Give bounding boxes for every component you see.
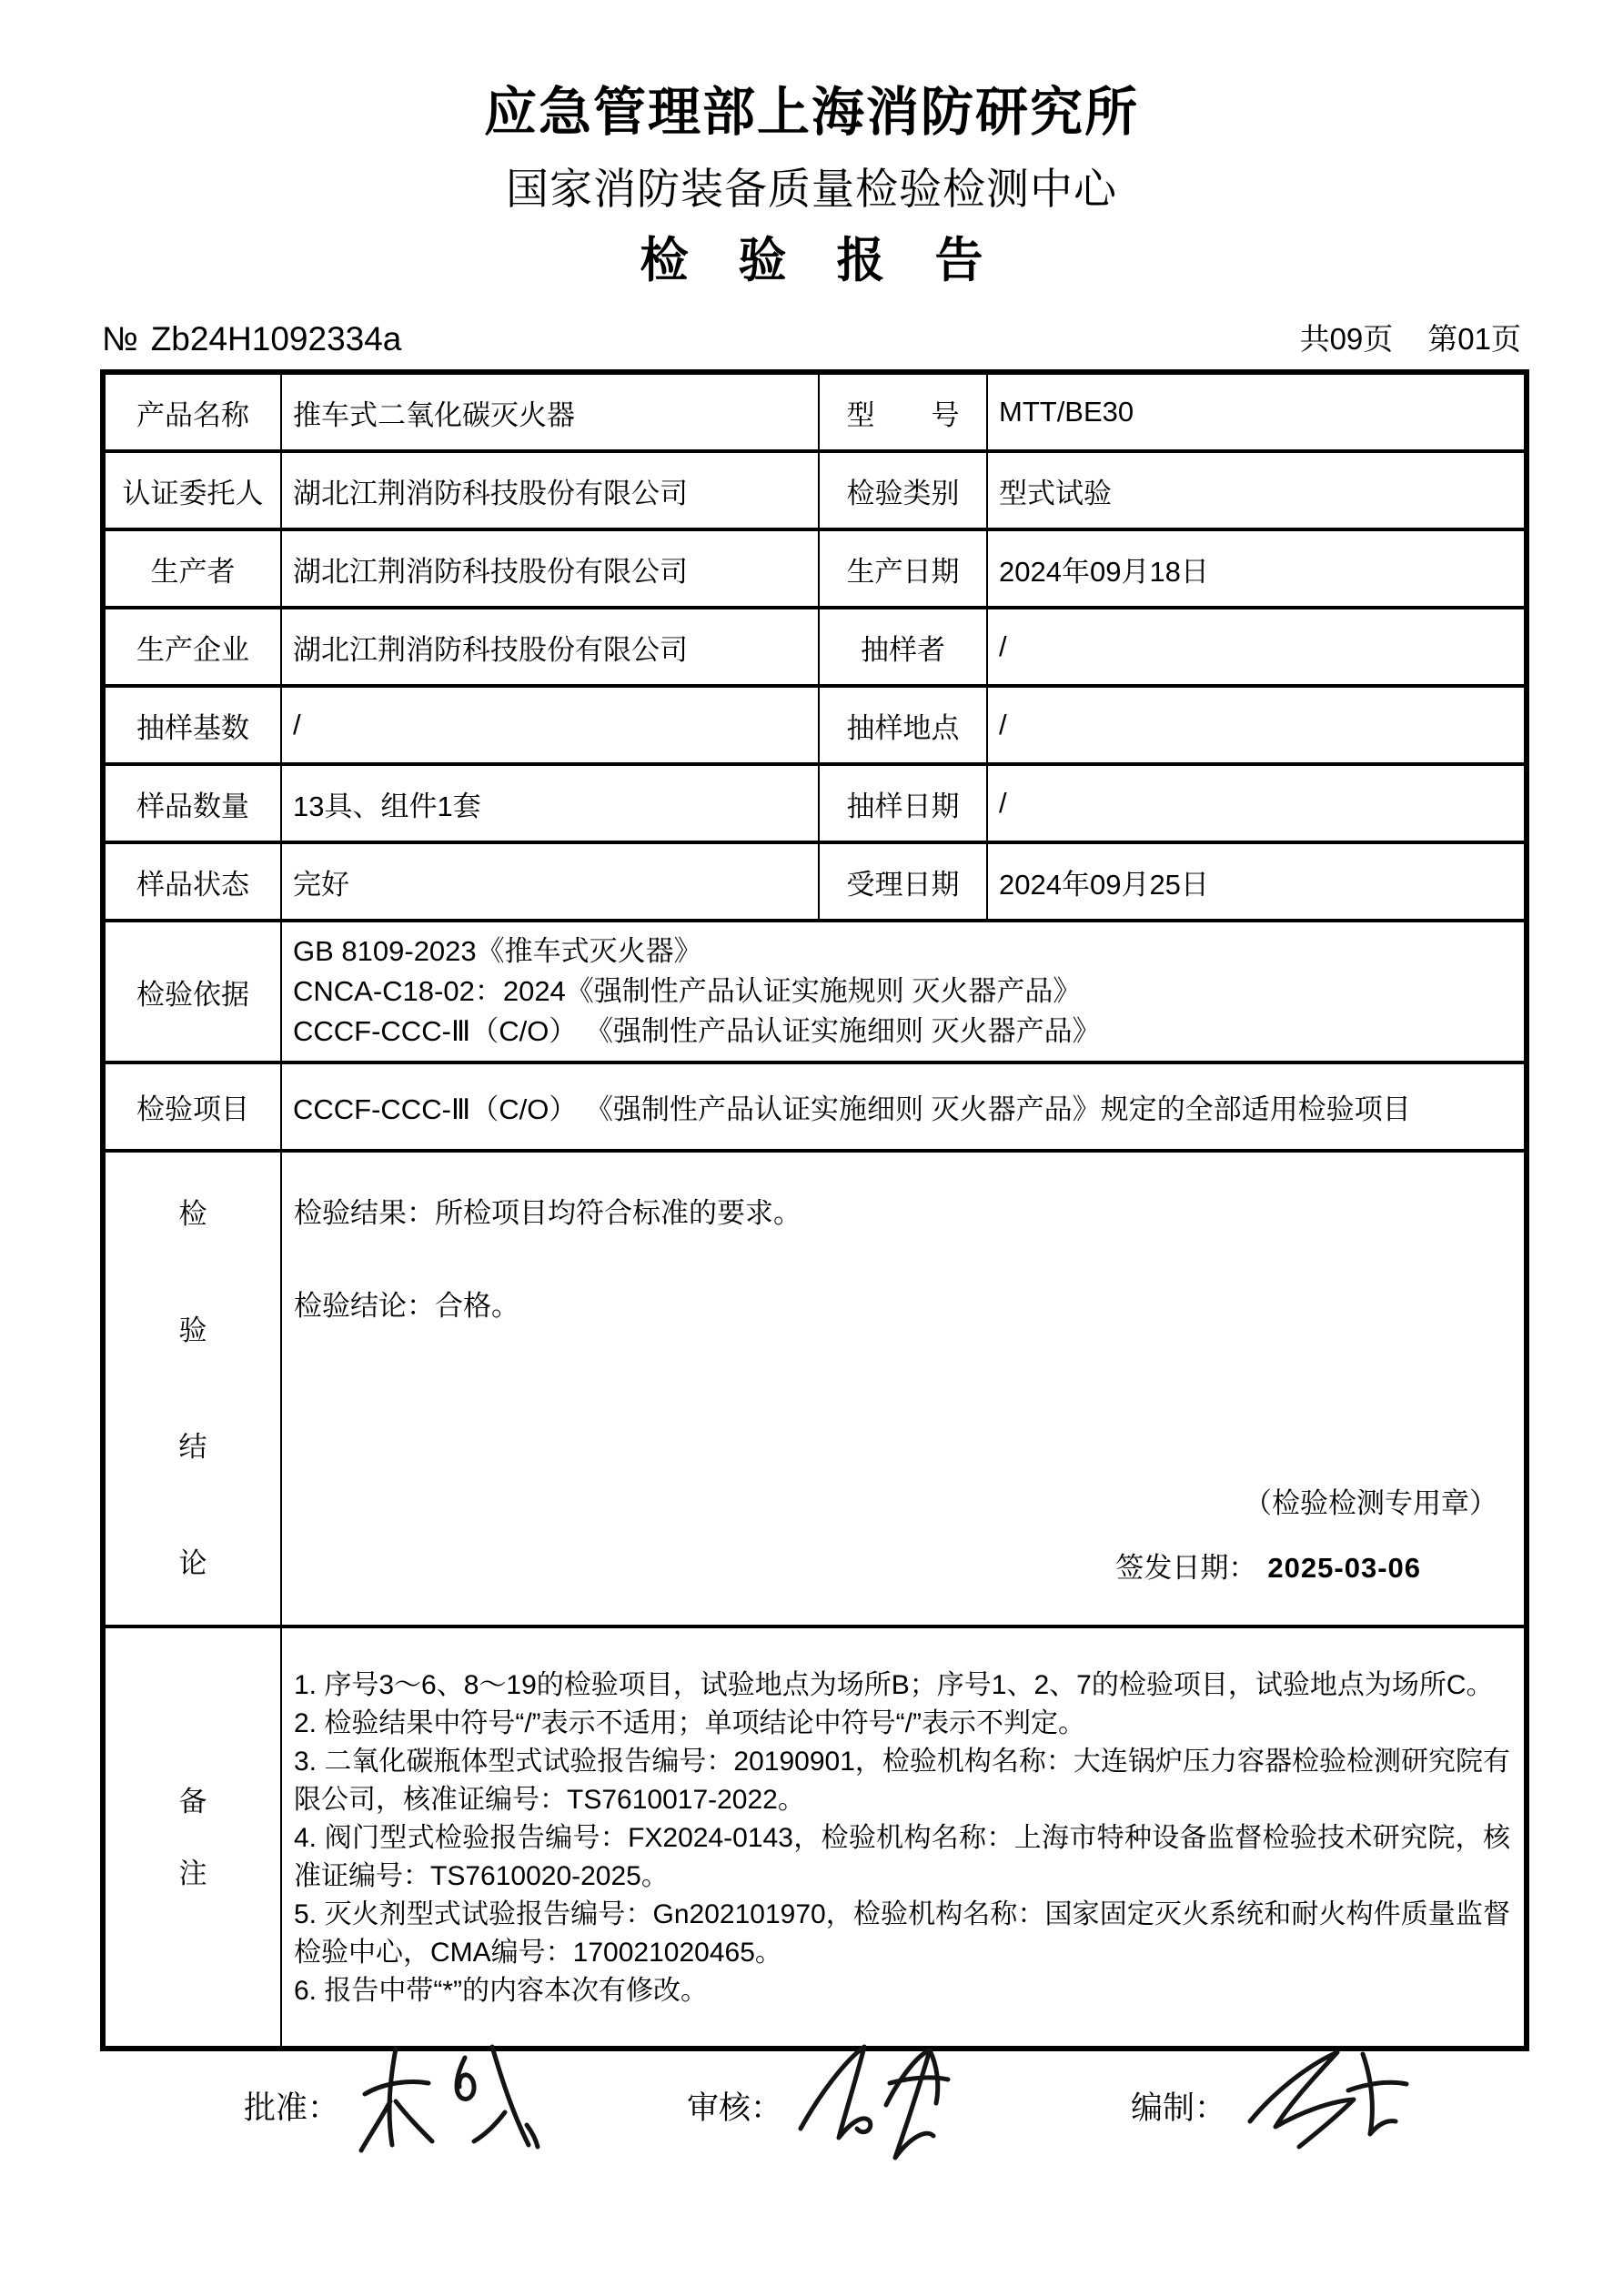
- field-value-sampler: /: [987, 608, 1527, 686]
- basis-line: GB 8109-2023《推车式灭火器》: [293, 931, 1515, 972]
- remarks-label-char: 备: [179, 1787, 207, 1817]
- field-value-sampling-place: /: [987, 686, 1527, 764]
- field-label-production-date: 生产日期: [819, 529, 987, 608]
- remarks-cell: 1. 序号3～6、8～19的检验项目，试验地点为场所B；序号1、2、7的检验项目…: [281, 1626, 1527, 2049]
- table-row: 样品状态 完好 受理日期 2024年09月25日: [103, 842, 1527, 921]
- conclusion-row: 检 验 结 论 检验结果：所检项目均符合标准的要求。 检验结论：合格。 （检验检…: [103, 1151, 1527, 1626]
- issue-date-line: 签发日期：2025-03-06: [1115, 1545, 1523, 1586]
- table-row: 样品数量 13具、组件1套 抽样日期 /: [103, 764, 1527, 842]
- current-page: 第01页: [1427, 322, 1521, 356]
- field-label-acceptance-date: 受理日期: [819, 842, 987, 921]
- stamp-note: （检验检测专用章）: [1244, 1480, 1523, 1521]
- prepare-label: 编制：: [1131, 2090, 1226, 2127]
- approve-signature: [348, 2038, 558, 2183]
- table-row: 生产企业 湖北江荆消防科技股份有限公司 抽样者 /: [103, 608, 1527, 686]
- conclusion-vertical-label: 检 验 结 论: [103, 1151, 281, 1626]
- approve-signature-group: 批准：: [244, 2090, 558, 2236]
- report-number-value: Zb24H1092334a: [151, 320, 402, 357]
- organization-name: 应急管理部上海消防研究所: [0, 80, 1623, 146]
- review-label: 审核：: [687, 2090, 782, 2127]
- inspection-conclusion-line: 检验结论：合格。: [294, 1290, 1523, 1323]
- page-indicator: 共09页第01页: [1300, 316, 1521, 358]
- prepare-signature-group: 编制：: [1131, 2090, 1436, 2227]
- basis-line: CCCF-CCC-Ⅲ（C/O） 《强制性产品认证实施细则 灭火器产品》: [293, 1012, 1515, 1052]
- field-value-applicant: 湖北江荆消防科技股份有限公司: [281, 451, 819, 529]
- conclusion-label-char: 验: [179, 1315, 207, 1345]
- field-label-sampling-base: 抽样基数: [103, 686, 281, 764]
- table-row: 认证委托人 湖北江荆消防科技股份有限公司 检验类别 型式试验: [103, 451, 1527, 529]
- inspection-items-cell: CCCF-CCC-Ⅲ（C/O） 《强制性产品认证实施细则 灭火器产品》规定的全部…: [281, 1062, 1527, 1151]
- field-value-sampling-base: /: [281, 686, 819, 764]
- total-pages: 共09页: [1300, 322, 1394, 356]
- field-label-sampler: 抽样者: [819, 608, 987, 686]
- table-row: 产品名称 推车式二氧化碳灭火器 型 号 MTT/BE30: [103, 372, 1527, 451]
- remark-note: 4. 阀门型式检验报告编号：FX2024-0143，检验机构名称：上海市特种设备…: [294, 1819, 1510, 1896]
- field-label-inspection-type: 检验类别: [819, 451, 987, 529]
- inspection-result-line: 检验结果：所检项目均符合标准的要求。: [294, 1197, 1523, 1230]
- remarks-content: 1. 序号3～6、8～19的检验项目，试验地点为场所B；序号1、2、7的检验项目…: [283, 1656, 1523, 2019]
- prepare-signature: [1235, 2038, 1436, 2174]
- remark-note: 6. 报告中带“*”的内容本次有修改。: [294, 1972, 1510, 2010]
- field-label-product-name: 产品名称: [103, 372, 281, 451]
- field-value-product-name: 推车式二氧化碳灭火器: [281, 372, 819, 451]
- remark-note: 5. 灭火剂型式试验报告编号：Gn202101970，检验机构名称：国家固定灭火…: [294, 1896, 1510, 1972]
- field-label-model: 型 号: [819, 372, 987, 451]
- field-value-sampling-date: /: [987, 764, 1527, 842]
- conclusion-cell: 检验结果：所检项目均符合标准的要求。 检验结论：合格。 （检验检测专用章） 签发…: [281, 1151, 1527, 1626]
- remarks-label-stack: 备 注: [106, 1787, 279, 1888]
- field-label-manufacturer: 生产企业: [103, 608, 281, 686]
- field-value-acceptance-date: 2024年09月25日: [987, 842, 1527, 921]
- field-label-sampling-date: 抽样日期: [819, 764, 987, 842]
- review-signature: [791, 2038, 1001, 2192]
- table-row: 抽样基数 / 抽样地点 /: [103, 686, 1527, 764]
- remarks-row: 备 注 1. 序号3～6、8～19的检验项目，试验地点为场所B；序号1、2、7的…: [103, 1626, 1527, 2049]
- field-value-producer: 湖北江荆消防科技股份有限公司: [281, 529, 819, 608]
- numero-symbol: №: [102, 320, 138, 357]
- conclusion-label-char: 论: [179, 1548, 207, 1578]
- conclusion-content: 检验结果：所检项目均符合标准的要求。 检验结论：合格。 （检验检测专用章） 签发…: [283, 1153, 1523, 1624]
- inspection-basis-cell: GB 8109-2023《推车式灭火器》 CNCA-C18-02：2024《强制…: [281, 921, 1527, 1062]
- issue-date-label: 签发日期：: [1115, 1552, 1256, 1584]
- report-table: 产品名称 推车式二氧化碳灭火器 型 号 MTT/BE30 认证委托人 湖北江荆消…: [100, 369, 1529, 2051]
- report-number: №Zb24H1092334a: [102, 320, 401, 358]
- field-label-applicant: 认证委托人: [103, 451, 281, 529]
- field-label-inspection-basis: 检验依据: [103, 921, 281, 1062]
- remark-note: 1. 序号3～6、8～19的检验项目，试验地点为场所B；序号1、2、7的检验项目…: [294, 1667, 1510, 1705]
- basis-line: CNCA-C18-02：2024《强制性产品认证实施规则 灭火器产品》: [293, 972, 1515, 1012]
- issue-date-value: 2025-03-06: [1267, 1552, 1421, 1584]
- field-value-manufacturer: 湖北江荆消防科技股份有限公司: [281, 608, 819, 686]
- conclusion-label-char: 结: [179, 1432, 207, 1462]
- field-label-sample-quantity: 样品数量: [103, 764, 281, 842]
- center-name: 国家消防装备质量检验检测中心: [0, 162, 1623, 217]
- remark-note: 2. 检验结果中符号“/”表示不适用；单项结论中符号“/”表示不判定。: [294, 1705, 1510, 1743]
- review-signature-group: 审核：: [687, 2090, 1001, 2245]
- report-header: 应急管理部上海消防研究所 国家消防装备质量检验检测中心 检 验 报 告 №Zb2…: [0, 0, 1623, 358]
- field-value-inspection-type: 型式试验: [987, 451, 1527, 529]
- field-value-model: MTT/BE30: [987, 372, 1527, 451]
- inspection-report-page: 应急管理部上海消防研究所 国家消防装备质量检验检测中心 检 验 报 告 №Zb2…: [0, 0, 1623, 2296]
- field-label-producer: 生产者: [103, 529, 281, 608]
- table-row: 生产者 湖北江荆消防科技股份有限公司 生产日期 2024年09月18日: [103, 529, 1527, 608]
- inspection-items-row: 检验项目 CCCF-CCC-Ⅲ（C/O） 《强制性产品认证实施细则 灭火器产品》…: [103, 1062, 1527, 1151]
- remarks-label-char: 注: [179, 1858, 207, 1888]
- field-label-sampling-place: 抽样地点: [819, 686, 987, 764]
- field-value-production-date: 2024年09月18日: [987, 529, 1527, 608]
- remarks-vertical-label: 备 注: [103, 1626, 281, 2049]
- inspection-basis-row: 检验依据 GB 8109-2023《推车式灭火器》 CNCA-C18-02：20…: [103, 921, 1527, 1062]
- field-value-sample-quantity: 13具、组件1套: [281, 764, 819, 842]
- conclusion-spacer: [294, 1323, 1523, 1480]
- conclusion-label-stack: 检 验 结 论: [106, 1199, 279, 1578]
- remark-note: 3. 二氧化碳瓶体型式试验报告编号：20190901，检验机构名称：大连锅炉压力…: [294, 1743, 1510, 1819]
- field-value-sample-condition: 完好: [281, 842, 819, 921]
- field-label-sample-condition: 样品状态: [103, 842, 281, 921]
- report-title: 检 验 报 告: [0, 231, 1623, 291]
- report-meta-row: №Zb24H1092334a 共09页第01页: [102, 315, 1521, 358]
- conclusion-label-char: 检: [179, 1199, 207, 1229]
- field-label-inspection-items: 检验项目: [103, 1062, 281, 1151]
- approve-label: 批准：: [244, 2090, 339, 2127]
